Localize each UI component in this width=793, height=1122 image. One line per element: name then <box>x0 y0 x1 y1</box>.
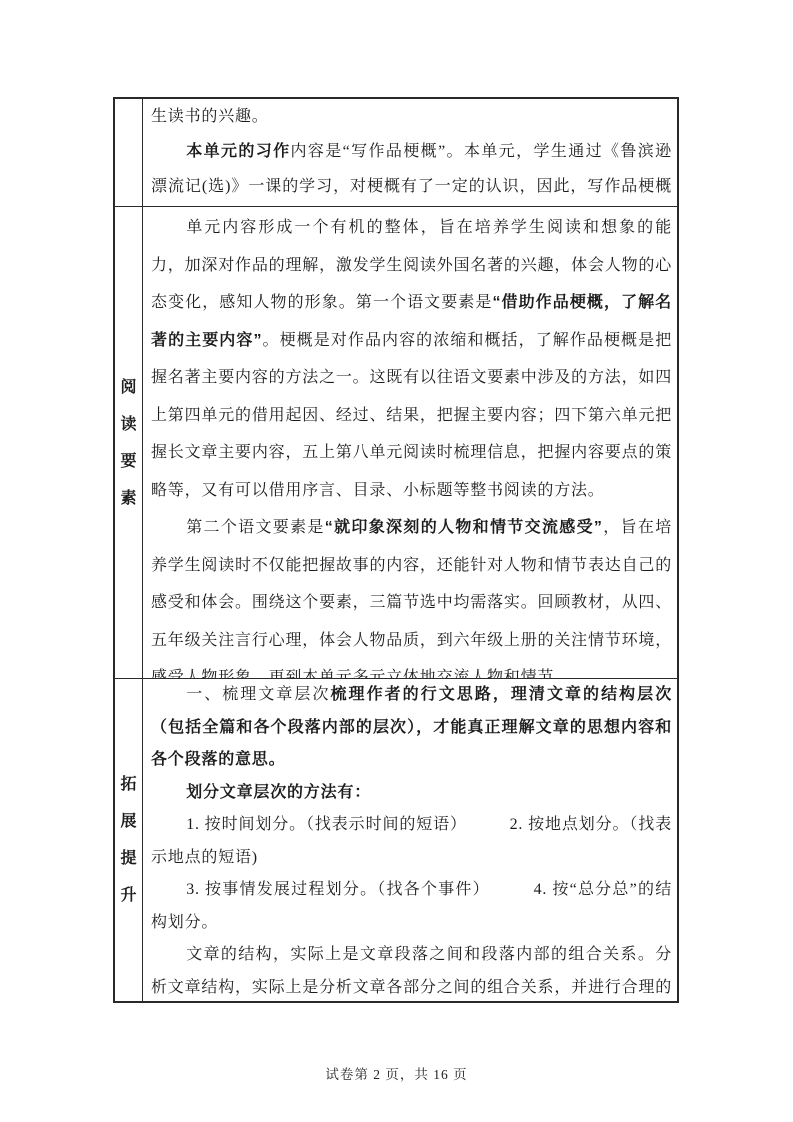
paragraph: 划分文章层次的方法有： <box>151 777 672 810</box>
text-run: 。梗概是对作品内容的浓缩和概括，了解作品梗概是把握名著主要内容的方法之一。这既有… <box>151 332 672 499</box>
label-char: 要 <box>120 443 136 480</box>
table-row: 拓展提升一、梳理文章层次梳理作者的行文思路，理清文章的结构层次（包括全篇和各个段… <box>115 679 677 1001</box>
paragraph: 文章的结构，实际上是文章段落之间和段落内部的组合关系。分析文章结构，实际上是分析… <box>151 939 672 1001</box>
row-label-cell <box>115 99 143 206</box>
table-row: 阅读要素单元内容形成一个有机的整体，旨在培养学生阅读和想象的能力，加深对作品的理… <box>115 207 677 679</box>
table-row: 生读书的兴趣。本单元的习作内容是“写作品梗概”。本单元，学生通过《鲁滨逊漂流记(… <box>115 99 677 207</box>
label-char: 阅 <box>120 369 136 406</box>
text-run: 第二个语文要素是 <box>186 519 325 536</box>
text-run: 生读书的兴趣。 <box>151 108 269 125</box>
label-char: 展 <box>120 803 136 840</box>
text-run: “就印象深刻的人物和情节交流感受” <box>325 519 603 536</box>
text-run: 本单元的习作 <box>186 143 290 160</box>
paragraph: 生读书的兴趣。 <box>151 99 672 134</box>
text-run: 文章的结构，实际上是文章段落之间和段落内部的组合关系。分析文章结构，实际上是分析… <box>151 946 672 1001</box>
paragraph: 3. 按事情发展过程划分。（找各个事件） 4. 按“总分总”的结构划分。 <box>151 874 672 939</box>
content-table: 生读书的兴趣。本单元的习作内容是“写作品梗概”。本单元，学生通过《鲁滨逊漂流记(… <box>113 97 679 1003</box>
paragraph: 一、梳理文章层次梳理作者的行文思路，理清文章的结构层次（包括全篇和各个段落内部的… <box>151 679 672 777</box>
row-label-cell: 拓展提升 <box>115 679 143 1001</box>
row-content-cell: 单元内容形成一个有机的整体，旨在培养学生阅读和想象的能力，加深对作品的理解，激发… <box>143 207 677 678</box>
text-run: 一、梳理文章层次 <box>186 686 330 703</box>
text-run: 1. 按时间划分。（找表示时间的短语） 2. 按地点划分。（找表示地点的短语) <box>151 816 672 866</box>
paragraph: 1. 按时间划分。（找表示时间的短语） 2. 按地点划分。（找表示地点的短语) <box>151 809 672 874</box>
label-char: 提 <box>120 840 136 877</box>
label-char: 素 <box>120 480 136 517</box>
page-footer: 试卷第 2 页，共 16 页 <box>0 1063 793 1083</box>
document-page: 生读书的兴趣。本单元的习作内容是“写作品梗概”。本单元，学生通过《鲁滨逊漂流记(… <box>0 0 793 1122</box>
label-char: 读 <box>120 406 136 443</box>
row-content-cell: 生读书的兴趣。本单元的习作内容是“写作品梗概”。本单元，学生通过《鲁滨逊漂流记(… <box>143 99 677 206</box>
text-run: 划分文章层次的方法有： <box>186 784 371 801</box>
paragraph: 单元内容形成一个有机的整体，旨在培养学生阅读和想象的能力，加深对作品的理解，激发… <box>151 209 672 509</box>
text-run: ，旨在培养学生阅读时不仅能把握故事的内容，还能针对人物和情节表达自己的感受和体会… <box>151 519 672 678</box>
row-label-cell: 阅读要素 <box>115 207 143 678</box>
paragraph: 第二个语文要素是“就印象深刻的人物和情节交流感受”，旨在培养学生阅读时不仅能把握… <box>151 509 672 678</box>
label-char: 拓 <box>120 766 136 803</box>
row-content-cell: 一、梳理文章层次梳理作者的行文思路，理清文章的结构层次（包括全篇和各个段落内部的… <box>143 679 677 1001</box>
label-char: 升 <box>120 877 136 914</box>
paragraph: 本单元的习作内容是“写作品梗概”。本单元，学生通过《鲁滨逊漂流记(选)》一课的学… <box>151 134 672 206</box>
text-run: 3. 按事情发展过程划分。（找各个事件） 4. 按“总分总”的结构划分。 <box>151 881 672 931</box>
